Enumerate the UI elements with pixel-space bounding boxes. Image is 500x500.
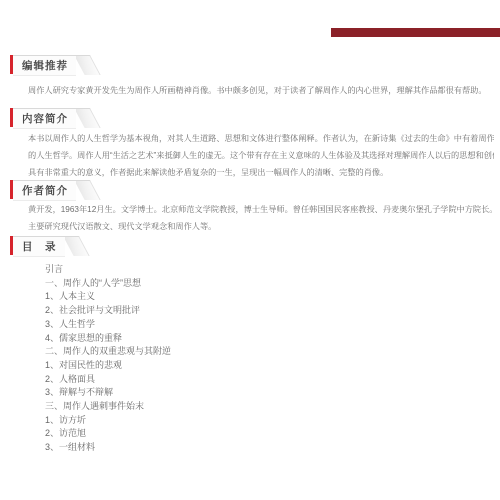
section-header-editorial: 编辑推荐: [10, 55, 90, 74]
top-maroon-strip: [331, 28, 500, 37]
section-title-author: 作者简介: [13, 180, 76, 201]
toc-item: 1、人本主义: [45, 290, 171, 304]
toc-item: 引言: [45, 263, 171, 277]
tab-slant-decoration: [63, 236, 90, 256]
author-line: 主要研究现代汉语散文、现代文学观念和周作人等。: [28, 218, 494, 235]
table-of-contents: 引言 一、周作人的“人学”思想 1、人本主义 2、社会批评与文明批评 3、人生哲…: [45, 263, 171, 455]
toc-item: 二、周作人的双重悲观与其附逆: [45, 345, 171, 359]
toc-item: 2、访范旭: [45, 427, 171, 441]
section-title-summary: 内容简介: [13, 108, 76, 129]
tab-slant-decoration: [74, 108, 101, 128]
toc-item: 三、周作人遇刺事件始末: [45, 400, 171, 414]
section-header-summary: 内容简介: [10, 108, 90, 127]
summary-line: 本书以周作人的人生哲学为基本视角，对其人生道路、思想和文体进行整体阐释。作者认为…: [28, 130, 494, 147]
section-title-toc: 目 录: [13, 236, 65, 257]
toc-item: 1、对国民性的悲观: [45, 359, 171, 373]
toc-item: 2、人格面具: [45, 373, 171, 387]
toc-item: 1、访方圻: [45, 414, 171, 428]
toc-item: 2、社会批评与文明批评: [45, 304, 171, 318]
section-header-toc: 目 录: [10, 236, 79, 255]
tab-slant-decoration: [74, 180, 101, 200]
summary-line: 具有非常重大的意义，作者据此来解读他矛盾复杂的一生，呈现出一幅周作人的清晰、完整…: [28, 164, 494, 181]
summary-line: 的人生哲学。周作人用“生活之艺术”来抵御人生的虚无。这个带有存在主义意味的人生体…: [28, 147, 494, 164]
toc-item: 3、辩解与不辩解: [45, 386, 171, 400]
toc-item: 一、周作人的“人学”思想: [45, 277, 171, 291]
author-line: 黄开发，1963年12月生。文学博士。北京师范文学院教授，博士生导师。曾任韩国国…: [28, 201, 494, 218]
toc-item: 4、儒家思想的重释: [45, 332, 171, 346]
editorial-text: 周作人研究专家黄开发先生为周作人所画精神肖像。书中颇多创见，对于读者了解周作人的…: [28, 84, 494, 98]
summary-paragraph: 本书以周作人的人生哲学为基本视角，对其人生道路、思想和文体进行整体阐释。作者认为…: [28, 130, 494, 181]
toc-item: 3、一组材料: [45, 441, 171, 455]
editorial-paragraph: 周作人研究专家黄开发先生为周作人所画精神肖像。书中颇多创见，对于读者了解周作人的…: [28, 84, 494, 98]
section-header-author: 作者简介: [10, 180, 90, 199]
toc-item: 3、人生哲学: [45, 318, 171, 332]
author-paragraph: 黄开发，1963年12月生。文学博士。北京师范文学院教授，博士生导师。曾任韩国国…: [28, 201, 494, 235]
tab-slant-decoration: [74, 55, 101, 75]
section-title-editorial: 编辑推荐: [13, 55, 76, 76]
